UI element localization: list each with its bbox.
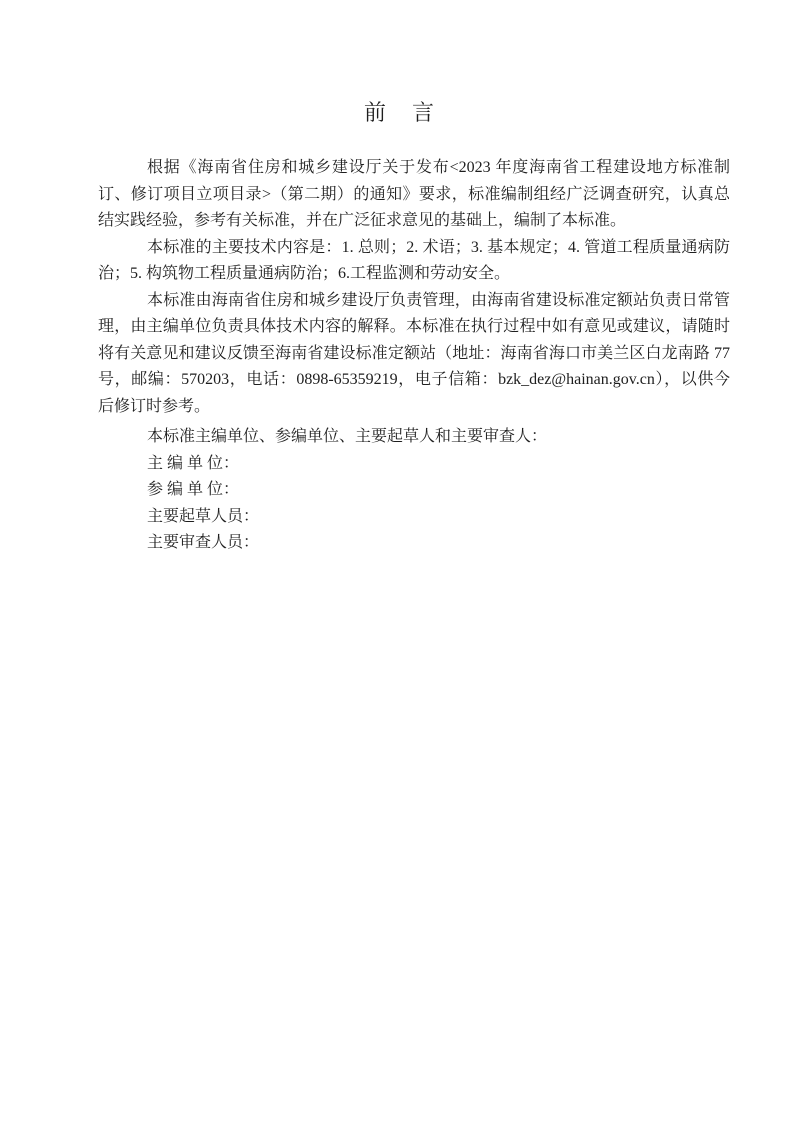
chief-editing-unit-label: 主 编 单 位：	[98, 451, 730, 478]
paragraph-units-intro: 本标准主编单位、参编单位、主要起草人和主要审查人：	[98, 424, 730, 451]
paragraph-management-feedback: 本标准由海南省住房和城乡建设厅负责管理，由海南省建设标准定额站负责日常管理，由主…	[98, 288, 730, 421]
main-drafters-label: 主要起草人员：	[98, 504, 730, 531]
paragraph-basis: 根据《海南省住房和城乡建设厅关于发布<2023 年度海南省工程建设地方标准制订、…	[98, 155, 730, 235]
participating-unit-label: 参 编 单 位：	[98, 477, 730, 504]
document-body: 根据《海南省住房和城乡建设厅关于发布<2023 年度海南省工程建设地方标准制订、…	[98, 155, 730, 557]
page-title: 前 言	[0, 96, 800, 130]
paragraph-technical-contents: 本标准的主要技术内容是：1. 总则；2. 术语；3. 基本规定；4. 管道工程质…	[98, 235, 730, 288]
main-reviewers-label: 主要审查人员：	[98, 530, 730, 557]
document-page: 前 言 根据《海南省住房和城乡建设厅关于发布<2023 年度海南省工程建设地方标…	[0, 0, 800, 1132]
